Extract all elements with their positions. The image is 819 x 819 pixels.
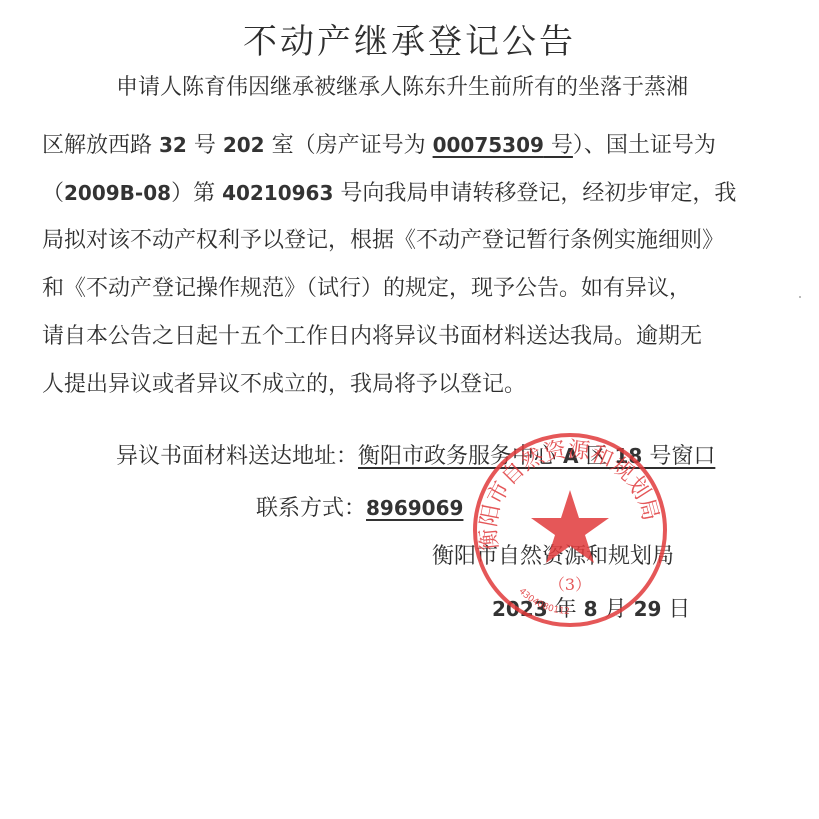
body-text: 申请人陈育伟因继承被继承人陈东升生前所有的坐落于蒸湘 — [116, 75, 688, 100]
date-day-unit: 日 — [661, 597, 690, 622]
issue-date: 2023 年 8 月 29 日 — [492, 595, 690, 624]
body-text: 和《不动产登记操作规范》（试行）的规定，现予公告。如有异议， — [42, 276, 691, 301]
address-line: 异议书面材料送达地址：衡阳市政务服务中心 A 区 18 号窗口 — [116, 442, 715, 471]
body-text: 号向我局申请转移登记，经初步审定，我 — [333, 181, 736, 206]
body-line: 申请人陈育伟因继承被继承人陈东升生前所有的坐落于蒸湘 — [116, 74, 688, 102]
seal-center-label: （3） — [549, 575, 591, 594]
body-text: 室（房产证号为 — [265, 133, 433, 158]
date-month-unit: 月 — [598, 597, 634, 622]
address-mid: 区 — [579, 444, 615, 469]
body-line: （2009B-08）第 40210963 号向我局申请转移登记，经初步审定，我 — [42, 179, 736, 208]
date-day: 29 — [634, 597, 662, 621]
contact-line: 联系方式：8969069 — [256, 494, 463, 523]
body-line: 请自本公告之日起十五个工作日内将异议书面材料送达我局。逾期无 — [42, 323, 702, 351]
body-text: ）、国土证号为 — [573, 133, 716, 158]
contact-phone: 8969069 — [366, 496, 463, 520]
issuer-name: 衡阳市自然资源和规划局 — [432, 543, 674, 571]
address-number: 18 — [615, 444, 643, 468]
body-text: 局拟对该不动产权利予以登记，根据《不动产登记暂行条例实施细则》 — [42, 228, 724, 253]
date-year-unit: 年 — [548, 597, 584, 622]
body-text: 号 — [544, 133, 573, 158]
date-year: 2023 — [492, 597, 548, 621]
body-text: 00075309 — [433, 133, 544, 157]
address-zone: A — [563, 444, 578, 468]
body-text: 202 — [223, 133, 265, 157]
body-line: 人提出异议或者异议不成立的，我局将予以登记。 — [42, 371, 526, 399]
body-text: 2009B-08 — [64, 181, 171, 205]
address-prefix: 衡阳市政务服务中心 — [358, 444, 563, 469]
body-text: 区解放西路 — [42, 133, 159, 158]
contact-label: 联系方式： — [256, 496, 366, 521]
date-month: 8 — [584, 597, 598, 621]
body-text: 请自本公告之日起十五个工作日内将异议书面材料送达我局。逾期无 — [42, 324, 702, 349]
body-text: 40210963 — [222, 181, 333, 205]
body-text: （ — [42, 181, 64, 206]
body-line: 局拟对该不动产权利予以登记，根据《不动产登记暂行条例实施细则》 — [42, 227, 724, 255]
body-line: 区解放西路 32 号 202 室（房产证号为 00075309 号）、国土证号为 — [42, 131, 716, 160]
body-text: 号 — [187, 133, 223, 158]
body-text: 人提出异议或者异议不成立的，我局将予以登记。 — [42, 372, 526, 397]
address-label: 异议书面材料送达地址： — [116, 444, 358, 469]
address-value: 衡阳市政务服务中心 A 区 18 号窗口 — [358, 444, 715, 469]
document-title: 不动产继承登记公告 — [0, 14, 819, 63]
body-text: ）第 — [171, 181, 222, 206]
body-text: 32 — [159, 133, 187, 157]
address-suffix: 号窗口 — [642, 444, 715, 469]
body-line: 和《不动产登记操作规范》（试行）的规定，现予公告。如有异议， — [42, 275, 691, 303]
scan-speck — [799, 296, 801, 298]
